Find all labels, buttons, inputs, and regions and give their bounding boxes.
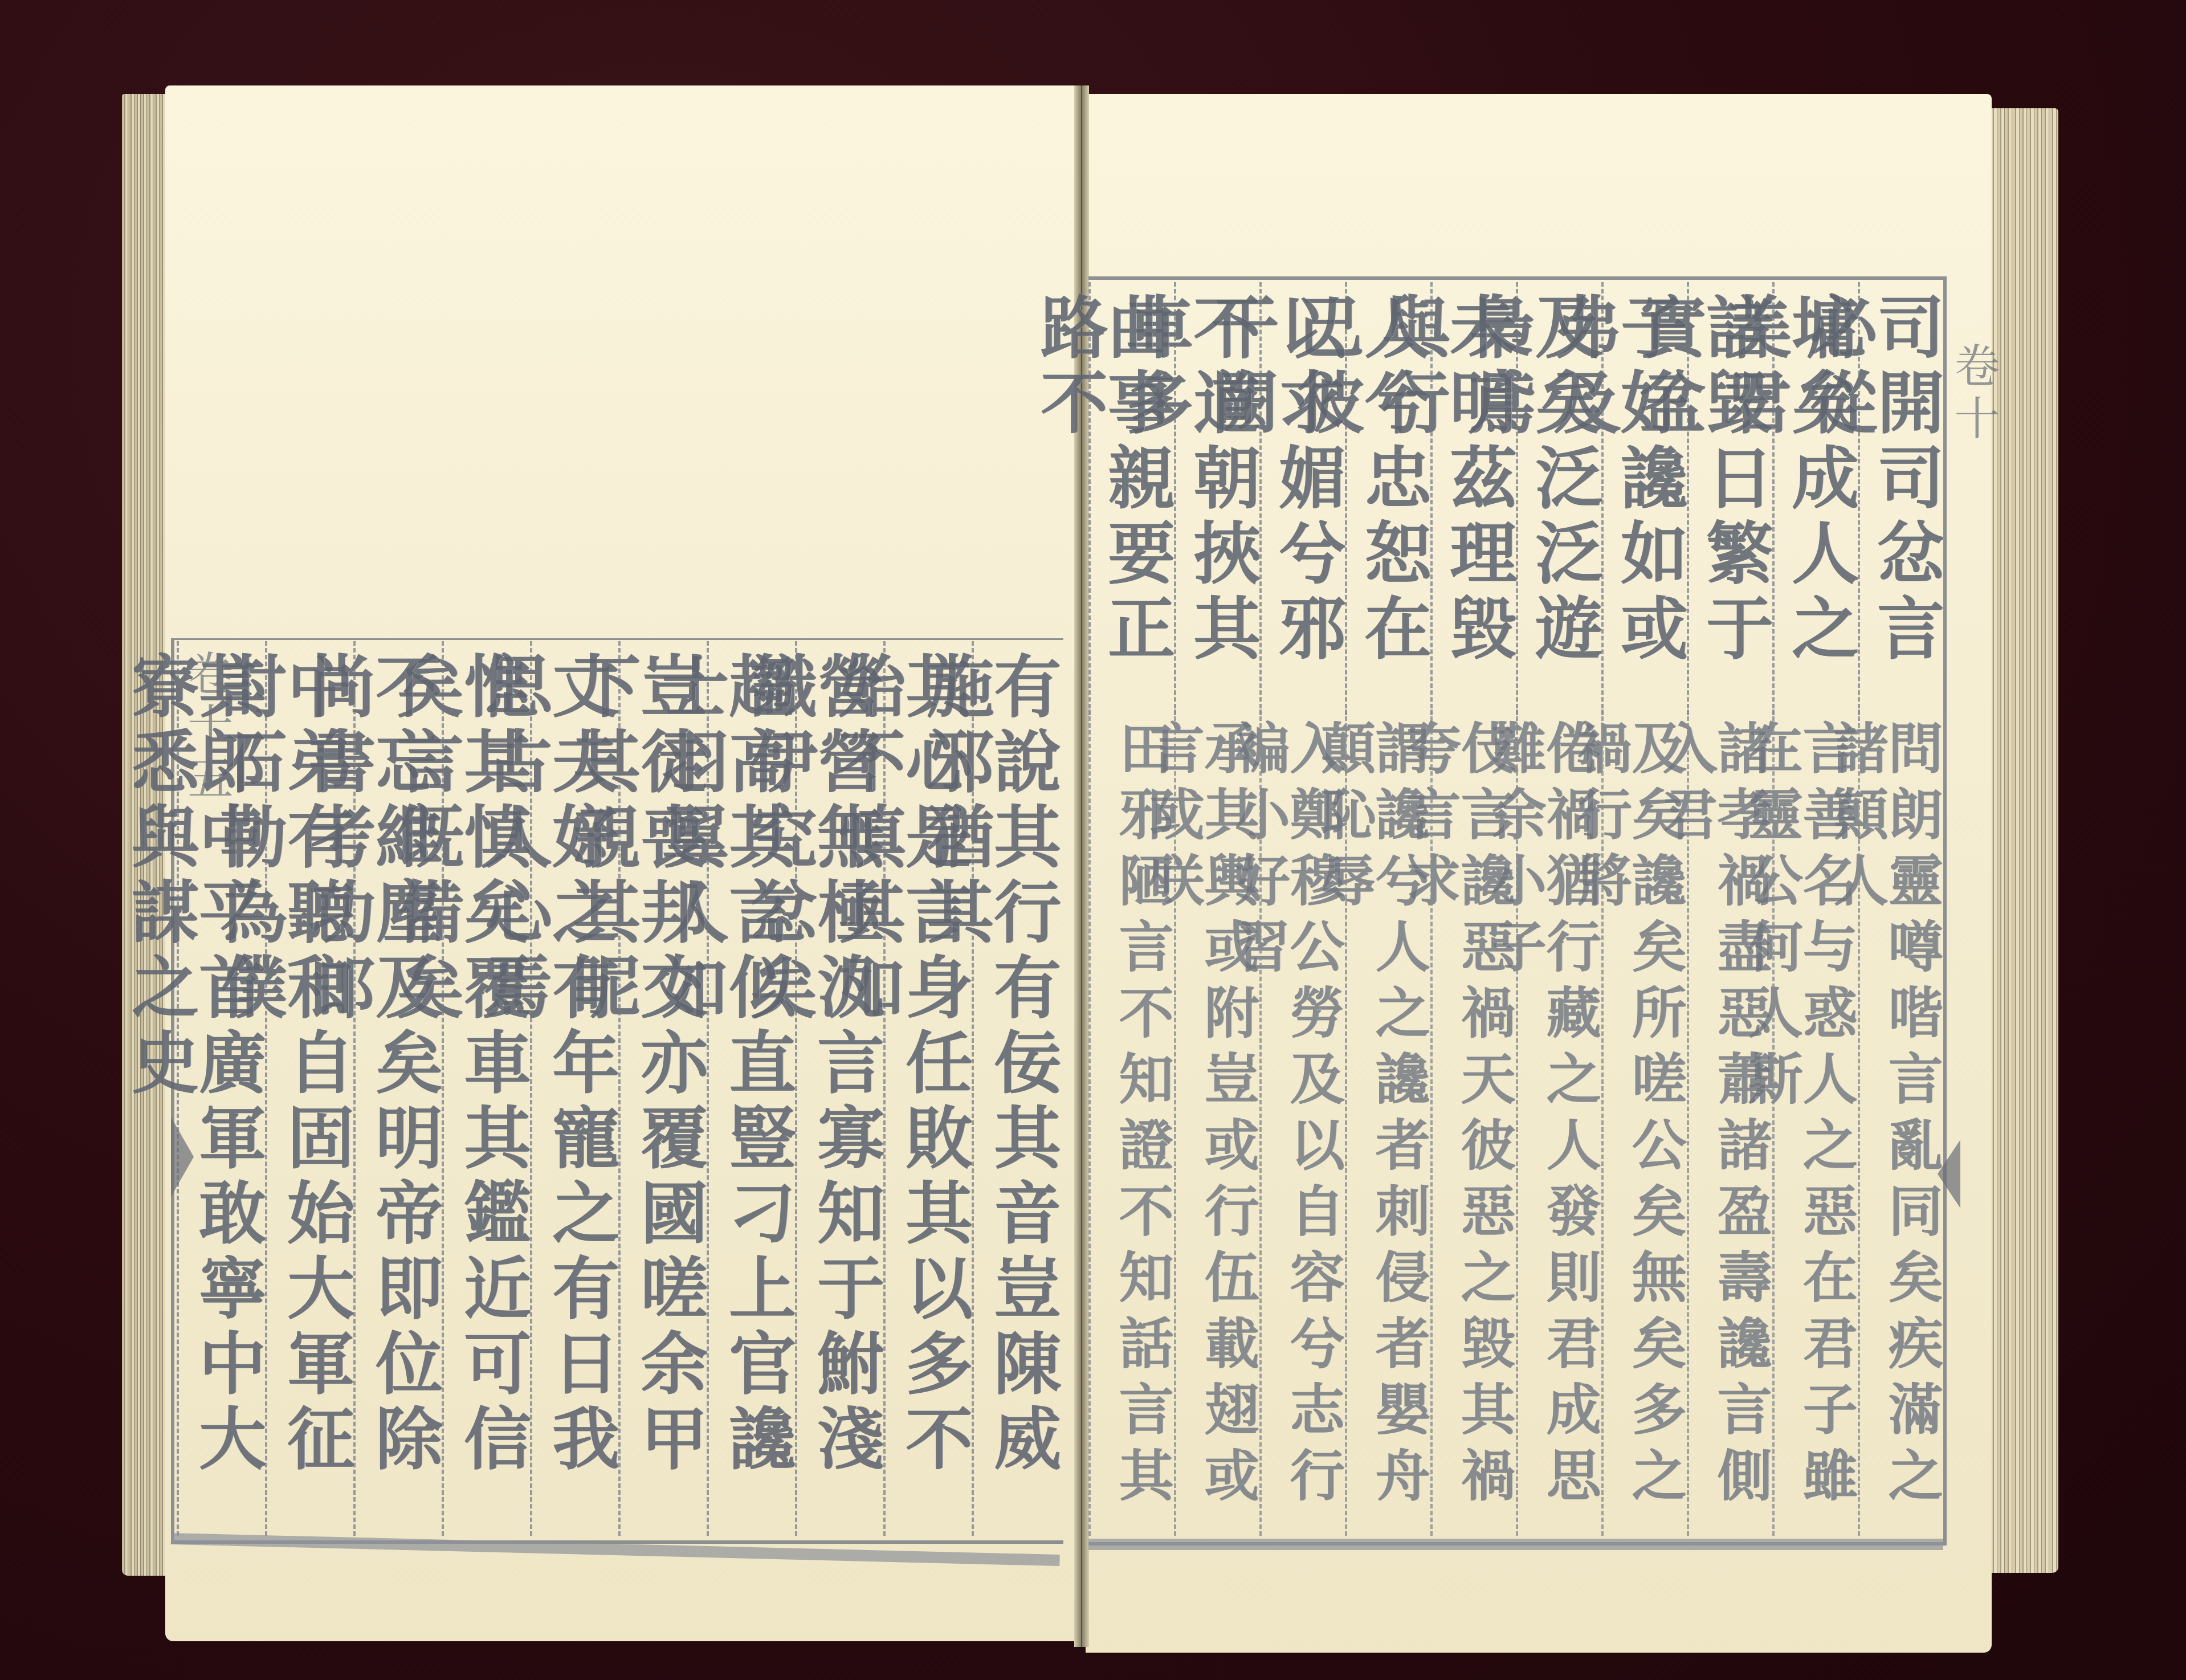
text-column: 有說其行有佞其音豈陳威施邪猶其 (972, 641, 1060, 1536)
text-column: 不忘維塵及矣明帝即位除尚書考功郎 (353, 641, 442, 1536)
text-column: 人兮忠恕在己彼 (1345, 282, 1430, 715)
commentary-column: 謂讒兮人之讒者刺侵者嬰舟顛恥辱 (1345, 709, 1430, 1536)
commentary-column: 言善名与惑人之惡在君子雖在靈公何人斯 (1772, 709, 1858, 1536)
commentary-column: 伎言讒惡禍天彼惡之毀其禍夸言求 (1430, 709, 1516, 1536)
right-page-lower-text: 問朗靈噂喈言亂同矣疾滿之諸顛人 言善名与惑人之惡在君子雖在靈公何人斯 諸孝禍盡惡… (1088, 709, 1943, 1536)
fishtail-mark-icon (1938, 1140, 1960, 1208)
right-banxin-label: 卷十 (1940, 342, 2006, 447)
text-column: 司開司忿言必從 (1858, 282, 1943, 715)
text-column: 不道朝挾其車多 (1174, 282, 1259, 715)
text-column: 營營無極汎言寡知于鮒淺識伊究忿矣 (795, 641, 883, 1536)
left-banxin-label: 卷十五 (174, 650, 239, 807)
left-page-lower-text: 有說其行有佞其音豈陳威施邪猶其 其心是言身任敗其以多不始不慎其如 營營無極汎言寡… (177, 641, 1060, 1536)
fishtail-mark-icon (171, 1117, 194, 1197)
commentary-column: 承其輿或附豈或行伍載翅或言或咲 (1174, 709, 1259, 1536)
text-column: 未明茲理毀與行 (1430, 282, 1516, 715)
commentary-column: 倦禍猶行藏之人發則君成思難余小子 (1516, 709, 1601, 1536)
right-page-edges (1990, 108, 2058, 1573)
commentary-column: 諸孝禍盡惡蕭諸盈壽讒言側入君 (1687, 709, 1772, 1536)
text-column: 及矣泛泛遊梟鳶 (1516, 282, 1601, 715)
text-column: 丈夫好之有年寵之有日我思古人心焉 (530, 641, 618, 1536)
commentary-column: 田邪陋言不知證不知話言其 (1088, 709, 1174, 1536)
text-column: 其心是言身任敗其以多不始不慎其如 (883, 641, 972, 1536)
commentary-column: 及矣讒矣所嗟公矣無矣多之禍行將 (1601, 709, 1687, 1536)
text-column: 中弟有聽和自固始大軍征討石勒為僕 (265, 641, 353, 1536)
text-column: 以求媚兮邪干闕 (1259, 282, 1345, 715)
text-column: 諸毀日繁于實盆 (1687, 282, 1772, 715)
commentary-column: 入鄭穆公勞及以自容兮志行褊小好習 (1259, 709, 1345, 1536)
text-column: 曲事親要正路不 (1088, 282, 1174, 715)
text-column: 墉矣成人之美君 (1772, 282, 1858, 715)
open-book: 司開司忿言必從 墉矣成人之美君 諸毀日繁于實盆 子好讒如或弗及 及矣泛泛遊梟鳶 … (0, 0, 2186, 1680)
right-bottom-border (1088, 1539, 1943, 1550)
commentary-column: 問朗靈噂喈言亂同矣疾滿之諸顛人 (1858, 709, 1943, 1536)
text-column: 惟其慎矣覆車其鑑近可信矣言既備矣 (442, 641, 530, 1536)
text-column: 子好讒如或弗及 (1601, 282, 1687, 715)
text-column: 豈徒喪邦交亦覆國嗟余甲下其親其昵 (618, 641, 707, 1536)
text-column: 趨高其言似直豎刁上官讒士羽翼人如 (707, 641, 795, 1536)
right-page-upper-text: 司開司忿言必從 墉矣成人之美君 諸毀日繁于實盆 子好讒如或弗及 及矣泛泛遊梟鳶 … (1088, 282, 1943, 715)
